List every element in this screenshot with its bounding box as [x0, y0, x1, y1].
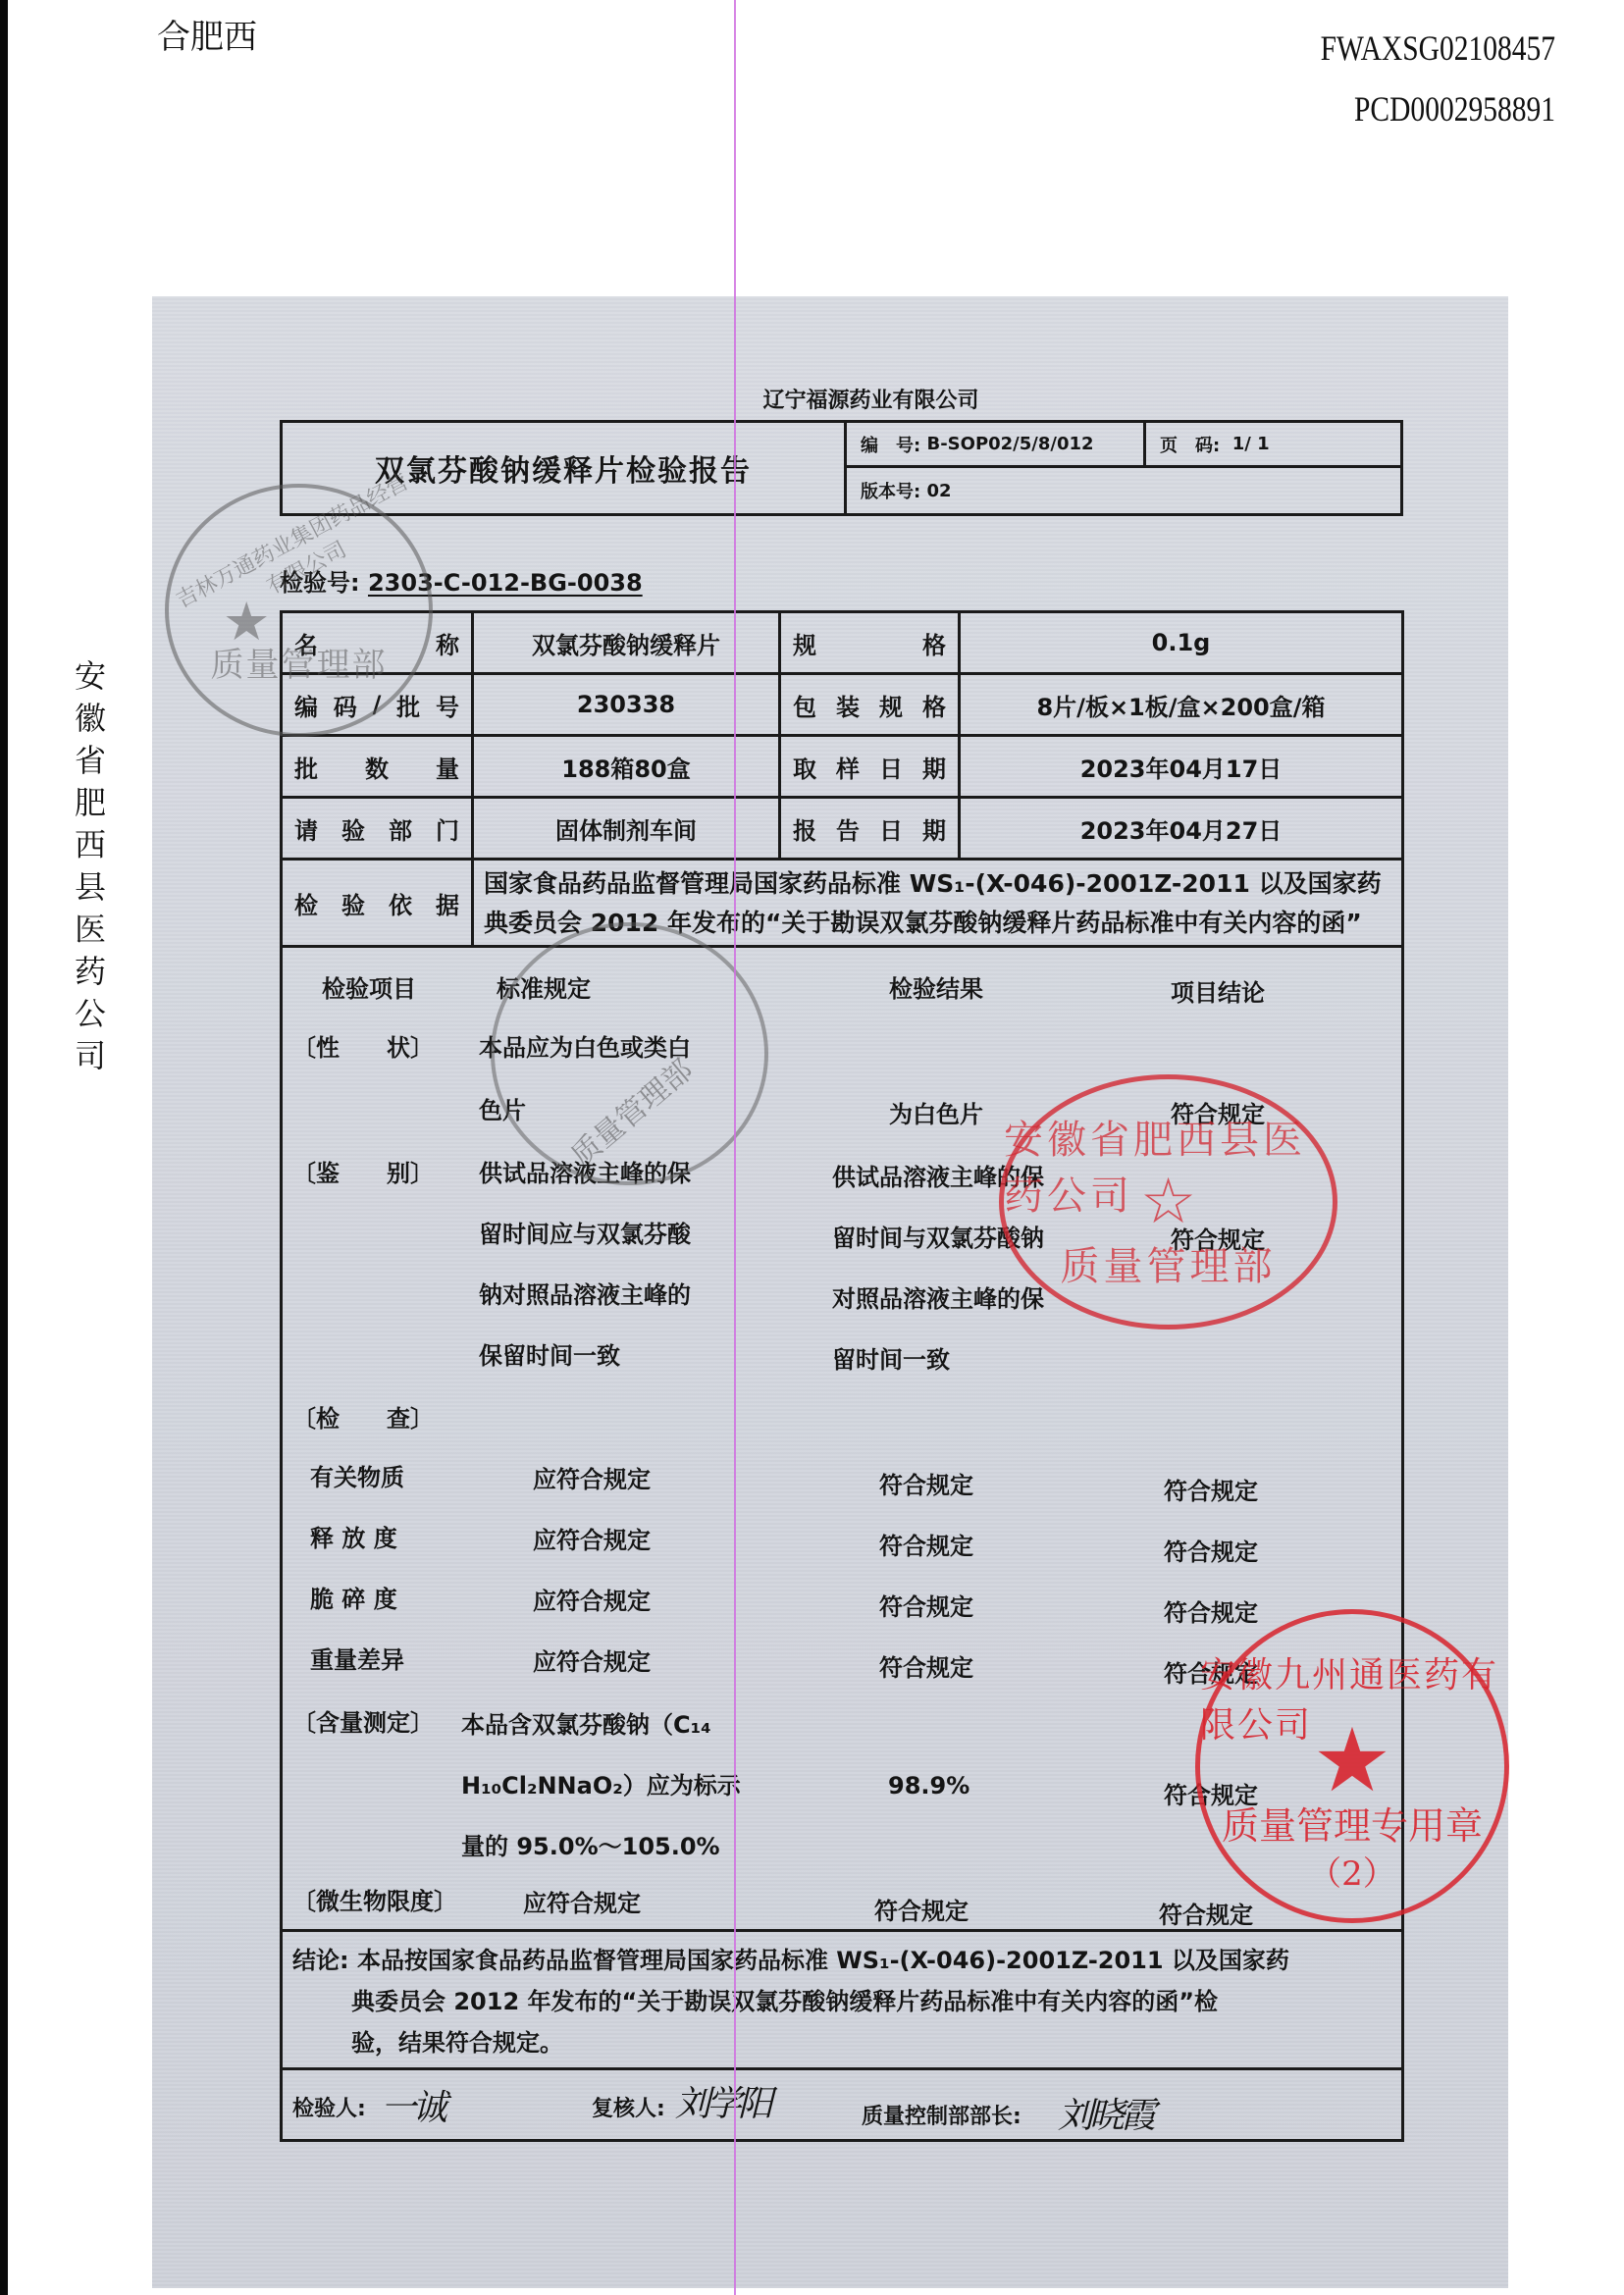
doc-code: 编 号: B-SOP02/5/8/012	[847, 423, 1146, 468]
col-header-item: 检验项目	[322, 969, 416, 1004]
label-sample-date: 取样日期	[781, 737, 961, 796]
result-assay: 98.9%	[888, 1772, 969, 1799]
label-batch: 编码/批号	[283, 675, 474, 734]
reviewer-label: 复核人:	[592, 2092, 665, 2122]
header-codes: FWAXSG02108457 PCD0002958891	[1321, 18, 1555, 139]
item-check: 〔检 查〕	[292, 1399, 434, 1434]
label-name: 名称	[283, 613, 474, 672]
value-report-date: 2023年04月27日	[961, 799, 1401, 858]
report-title: 双氯芬酸钠缓释片检验报告	[283, 423, 847, 513]
header-left-label: 合肥西	[157, 10, 257, 58]
signature-block: 检验人: 一诚 复核人: 刘学阳 质量控制部部长: 刘晓霞	[283, 2067, 1401, 2139]
conclusion-appearance: 符合规定	[1171, 1095, 1265, 1129]
version-number: 版本号: 02	[847, 468, 1400, 513]
item-microbial: 〔微生物限度〕	[292, 1882, 457, 1916]
info-row-name: 名称 双氯芬酸钠缓释片 规格 0.1g	[283, 613, 1401, 675]
title-block: 双氯芬酸钠缓释片检验报告 编 号: B-SOP02/5/8/012 页 码: 1…	[280, 420, 1403, 516]
tracking-code-1: FWAXSG02108457	[1321, 18, 1555, 78]
results-section: 检验项目 标准规定 检验结果 项目结论 〔性 状〕 本品应为白色或类白 色片 为…	[283, 948, 1401, 1929]
inspector-signature: 一诚	[381, 2080, 444, 2130]
value-packaging: 8片/板×1板/盒×200盒/箱	[961, 675, 1401, 734]
inspection-number: 检验号: 2303-C-012-BG-0038	[280, 563, 1403, 602]
inspection-report: 辽宁福源药业有限公司 双氯芬酸钠缓释片检验报告 编 号: B-SOP02/5/8…	[280, 383, 1403, 2142]
scan-edge-strip	[0, 0, 8, 2295]
side-company-name: 安 徽 省 肥 西 县 医 药 公 司	[71, 655, 110, 1077]
label-report-date: 报告日期	[781, 799, 961, 858]
conclusion-block: 结论: 本品按国家食品药品监督管理局国家药品标准 WS₁-(X-046)-200…	[283, 1929, 1401, 2067]
item-identification: 〔鉴 别〕	[292, 1154, 434, 1188]
inspector-label: 检验人:	[292, 2092, 366, 2122]
label-packaging: 包装规格	[781, 675, 961, 734]
tracking-code-2: PCD0002958891	[1321, 78, 1555, 139]
label-department: 请验部门	[283, 799, 474, 858]
product-info-table: 名称 双氯芬酸钠缓释片 规格 0.1g 编码/批号 230338 包装规格 8片…	[280, 610, 1404, 2142]
label-quantity: 批数量	[283, 737, 474, 796]
info-row-department: 请验部门 固体制剂车间 报告日期 2023年04月27日	[283, 799, 1401, 861]
conclusion-assay: 符合规定	[1164, 1776, 1258, 1810]
result-appearance: 为白色片	[889, 1095, 983, 1129]
company-name: 辽宁福源药业有限公司	[280, 383, 1403, 420]
page-number: 页 码: 1/ 1	[1146, 423, 1400, 468]
qc-head-signature: 刘晓霞	[1058, 2088, 1152, 2138]
col-header-conclusion: 项目结论	[1171, 973, 1265, 1008]
col-header-result: 检验结果	[889, 969, 983, 1004]
qc-head-label: 质量控制部部长:	[862, 2100, 1022, 2130]
info-row-quantity: 批数量 188箱80盒 取样日期 2023年04月17日	[283, 737, 1401, 799]
reviewer-signature: 刘学阳	[675, 2076, 769, 2126]
value-sample-date: 2023年04月17日	[961, 737, 1401, 796]
inspection-basis-row: 检验依据 国家食品药品监督管理局国家药品标准 WS₁-(X-046)-2001Z…	[283, 861, 1401, 948]
scan-guide-line	[734, 0, 736, 2295]
label-spec: 规格	[781, 613, 961, 672]
item-appearance: 〔性 状〕	[292, 1028, 434, 1063]
conclusion-identification: 符合规定	[1171, 1221, 1265, 1255]
item-assay: 〔含量测定〕	[292, 1703, 434, 1738]
col-header-standard: 标准规定	[497, 969, 591, 1004]
info-row-batch: 编码/批号 230338 包装规格 8片/板×1板/盒×200盒/箱	[283, 675, 1401, 737]
label-basis: 检验依据	[283, 861, 474, 945]
value-spec: 0.1g	[961, 613, 1401, 672]
basis-text: 国家食品药品监督管理局国家药品标准 WS₁-(X-046)-2001Z-2011…	[474, 861, 1401, 945]
